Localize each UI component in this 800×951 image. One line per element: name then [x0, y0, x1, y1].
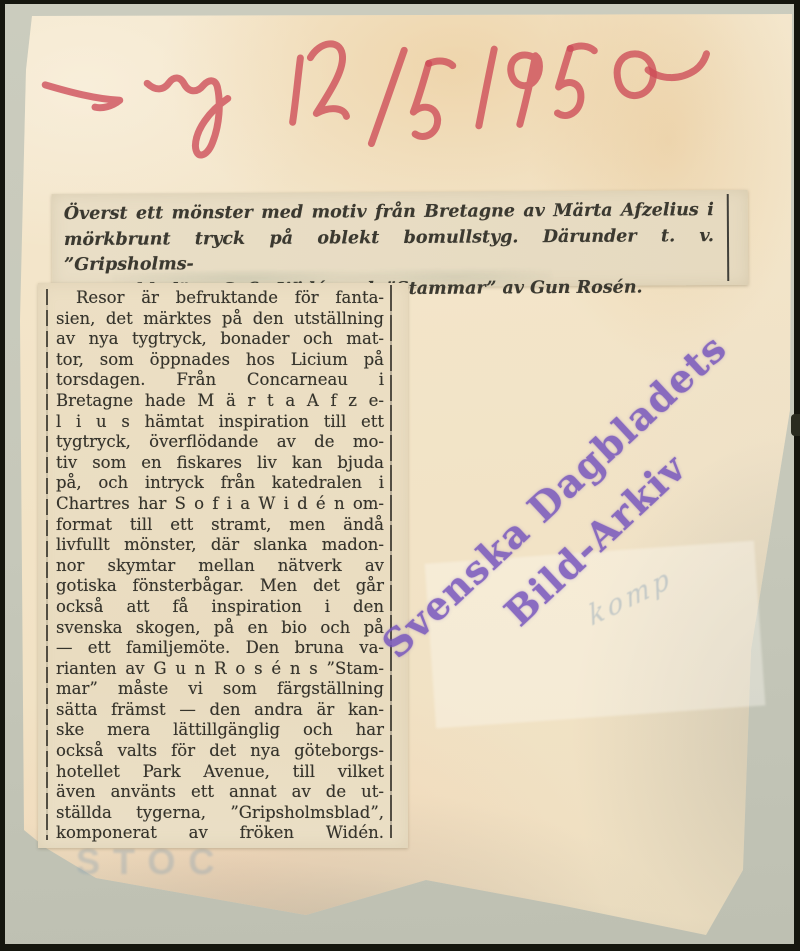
article-line: l i u s hämtat inspiration till ett: [56, 412, 384, 433]
article-line: tiv som en fiskares liv kan bjuda: [56, 453, 384, 474]
article-line: mar” måste vi som färgställning: [56, 679, 384, 700]
caption-clipping: Överst ett mönster med motiv från Bretag…: [52, 190, 749, 289]
article-line: Resor är befruktande för fanta-: [56, 288, 384, 309]
article-line: även använts ett annat av de ut-: [56, 782, 384, 803]
article-line: rianten av G u n R o s é n s ”Stam-: [56, 659, 384, 680]
article-line: på, och intryck från katedralen i: [56, 473, 384, 494]
article-line: ställda tygerna, ”Gripsholmsblad”,: [56, 803, 384, 824]
article-line: också att få inspiration i den: [56, 597, 384, 618]
article-line: Bretagne hade M ä r t a A f z e-: [56, 391, 384, 412]
article-line: svenska skogen, på en bio och på: [56, 618, 384, 639]
article-line: också valts för det nya göteborgs-: [56, 741, 384, 762]
article-line: gotiska fönsterbågar. Men det går: [56, 576, 384, 597]
article-line: tygtryck, överflödande av de mo-: [56, 432, 384, 453]
caption-line: Överst ett mönster med motiv från Bretag…: [64, 198, 714, 227]
article-line: tor, som öppnades hos Licium på: [56, 350, 384, 371]
article-line: torsdagen. Från Concarneau i: [56, 370, 384, 391]
handwritten-date-transcription: Sy 12/5 1950: [0, 0, 1, 1]
article-line: ske mera lättillgänglig och har: [56, 720, 384, 741]
article-line: — ett familjemöte. Den bruna va-: [56, 638, 384, 659]
column-rule-left: [46, 289, 48, 840]
article-line: Chartres har S o f i a W i d é n om-: [56, 494, 384, 515]
article-line: sätta främst — den andra är kan-: [56, 700, 384, 721]
caption-line: mörkbrunt tryck på oblekt bomullstyg. Dä…: [64, 224, 714, 279]
column-rule-right: [390, 285, 392, 838]
article-line: komponerat av fröken Widén.: [56, 823, 384, 844]
handwritten-date: [0, 14, 800, 214]
article-line: livfullt mönster, där slanka madon-: [56, 535, 384, 556]
article-clipping: Resor är befruktande för fanta-sien, det…: [38, 283, 408, 848]
article-line: av nya tygtryck, bonader och mat-: [56, 329, 384, 350]
edge-notch: [791, 414, 800, 436]
article-line: format till ett stramt, men ändå: [56, 515, 384, 536]
caption-column-rule: [727, 194, 730, 281]
article-line: nor skymtar mellan nätverk av: [56, 556, 384, 577]
archive-card-scan: STOC Sy 12/5 1950 Överst ett mönster med…: [0, 0, 800, 951]
article-line: sien, det märktes på den utställning: [56, 309, 384, 330]
article-line: hotellet Park Avenue, till vilket: [56, 762, 384, 783]
article-text: Resor är befruktande för fanta-sien, det…: [56, 288, 384, 844]
